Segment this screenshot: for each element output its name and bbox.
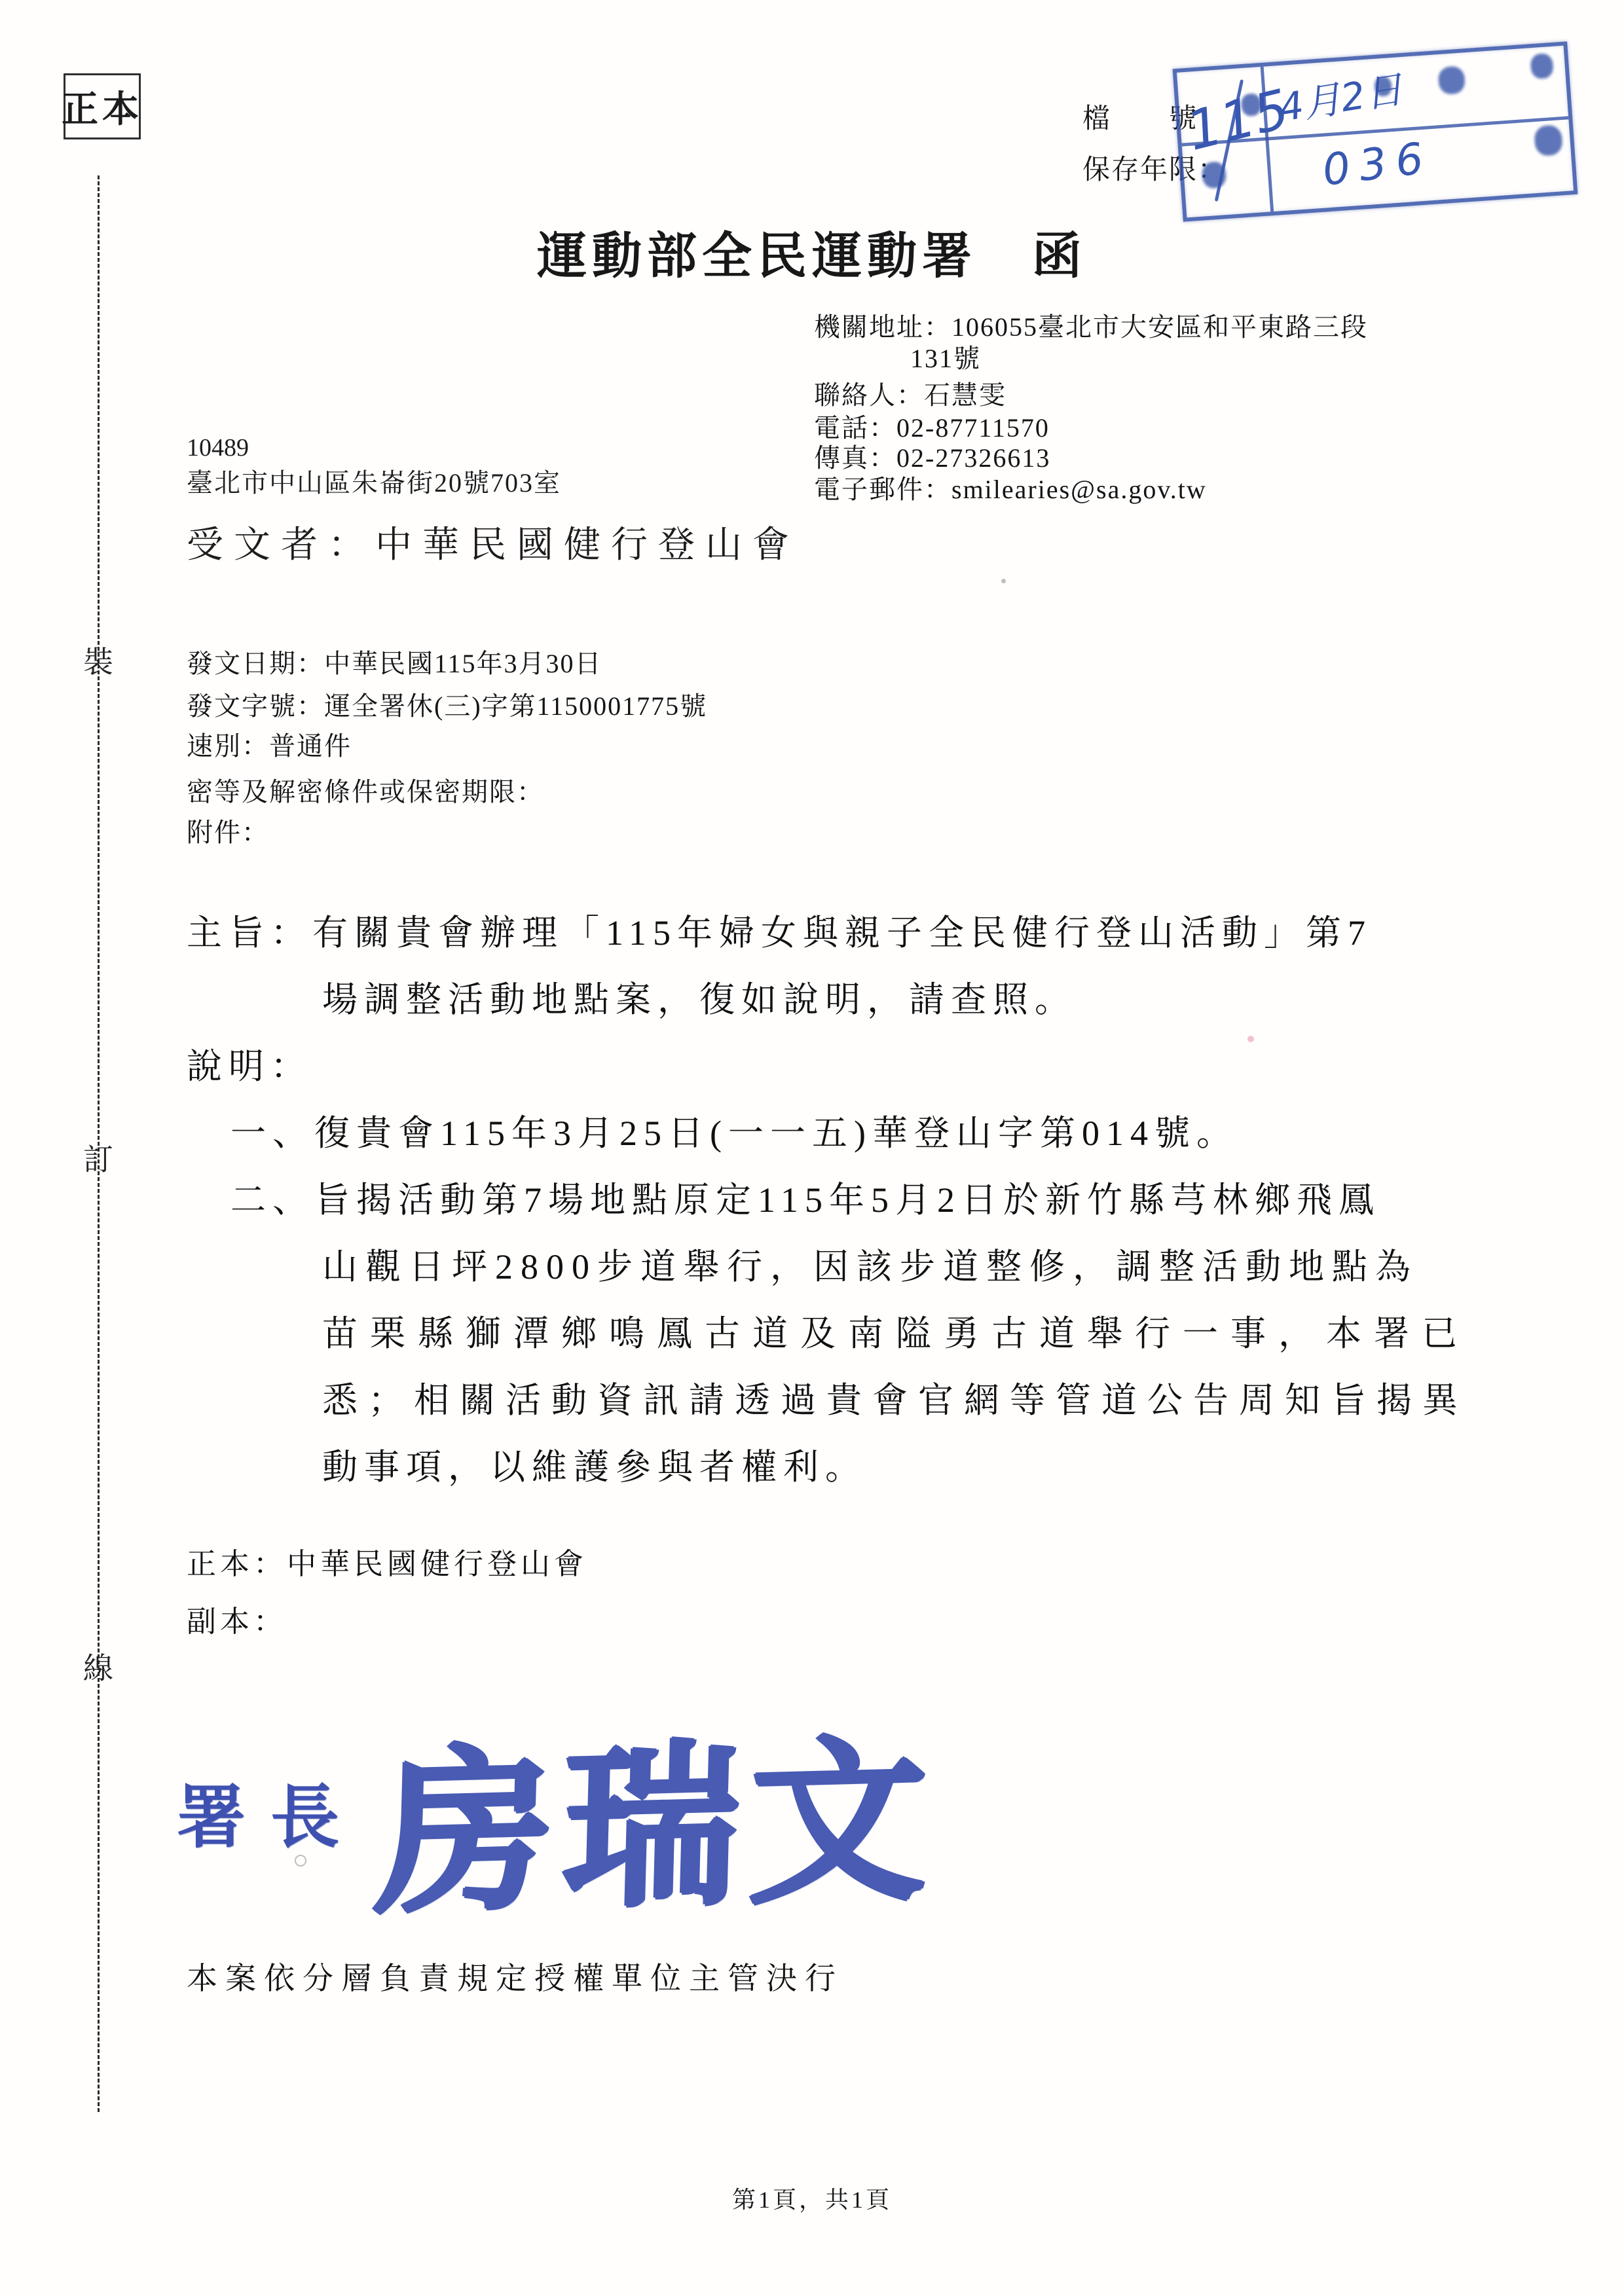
binding-mark-zhuang: 裝 — [83, 638, 113, 682]
sender-contact: 聯絡人：石慧雯 — [814, 374, 1006, 412]
distribution-original: 正本：中華民國健行登山會 — [187, 1540, 587, 1582]
recipient-address: 臺北市中山區朱崙街20號703室 — [187, 462, 561, 500]
binding-mark-ding: 訂 — [83, 1136, 113, 1179]
binding-mark-xian: 線 — [83, 1645, 113, 1688]
sender-address-line2: 131號 — [910, 338, 981, 375]
document-title: 運動部全民運動署 函 — [0, 216, 1624, 287]
stamp-ink-smudge — [1530, 53, 1554, 79]
recipient-line: 受文者：中華民國健行登山會 — [187, 516, 800, 568]
stamp-ink-smudge — [1437, 65, 1466, 95]
explanation-label: 說明： — [187, 1038, 312, 1089]
signature-small-mark — [295, 1855, 306, 1867]
stamp-ink-smudge — [1534, 124, 1563, 156]
explanation-item2-line4: 悉；相關活動資訊請透過貴會官網等管道公告周知旨揭異 — [322, 1372, 1468, 1423]
delegation-note: 本案依分層負責規定授權單位主管決行 — [187, 1954, 843, 1998]
meta-priority: 速別：普通件 — [187, 725, 352, 763]
sender-address-line1: 機關地址：106055臺北市大安區和平東路三段 — [814, 306, 1368, 344]
meta-attachments: 附件： — [187, 812, 269, 849]
signer-name-stamp: 房瑞文 — [373, 1679, 940, 1948]
subject-line1: 主旨：有關貴會辦理「115年婦女與親子全民健行登山活動」第7 — [187, 905, 1372, 955]
explanation-item2-line2: 山觀日坪2800步道舉行，因該步道整修，調整活動地點為 — [322, 1239, 1418, 1289]
copy-type-box: 正本 — [64, 73, 141, 139]
distribution-copy: 副本： — [187, 1597, 287, 1640]
explanation-item2-line3: 苗栗縣獅潭鄉鳴鳳古道及南隘勇古道舉行一事，本署已 — [322, 1305, 1469, 1356]
scan-speck — [1247, 1036, 1254, 1042]
meta-issue-date: 發文日期：中華民國115年3月30日 — [187, 643, 602, 680]
page-number-footer: 第1頁，共1頁 — [0, 2181, 1624, 2215]
scan-speck — [1001, 579, 1006, 583]
explanation-item1: 一、復貴會115年3月25日(一一五)華登山字第014號。 — [231, 1105, 1238, 1156]
subject-line2: 場調整活動地點案，復如說明，請查照。 — [322, 972, 1077, 1022]
sender-email: 電子郵件：smilearies@sa.gov.tw — [814, 469, 1207, 506]
stamp-handwritten-serial: 036 — [1319, 132, 1435, 196]
recipient-postal-code: 10489 — [187, 433, 249, 462]
copy-type-label: 正本 — [62, 81, 143, 133]
signer-title-stamp: 署長 — [177, 1762, 364, 1861]
official-letter-page: 正本 裝 訂 線 檔 號： 保存年限： 115 4月2日 036 運動部全民運動… — [0, 0, 1624, 2296]
stamp-ink-smudge — [1202, 161, 1227, 189]
meta-security: 密等及解密條件或保密期限： — [187, 771, 544, 809]
meta-doc-number: 發文字號：運全署休(三)字第1150001775號 — [187, 685, 707, 723]
receipt-stamp: 115 4月2日 036 — [1173, 41, 1578, 222]
explanation-item2-line1: 二、旨揭活動第7場地點原定115年5月2日於新竹縣芎林鄉飛鳳 — [231, 1172, 1380, 1222]
explanation-item2-line5: 動事項，以維護參與者權利。 — [322, 1439, 867, 1489]
